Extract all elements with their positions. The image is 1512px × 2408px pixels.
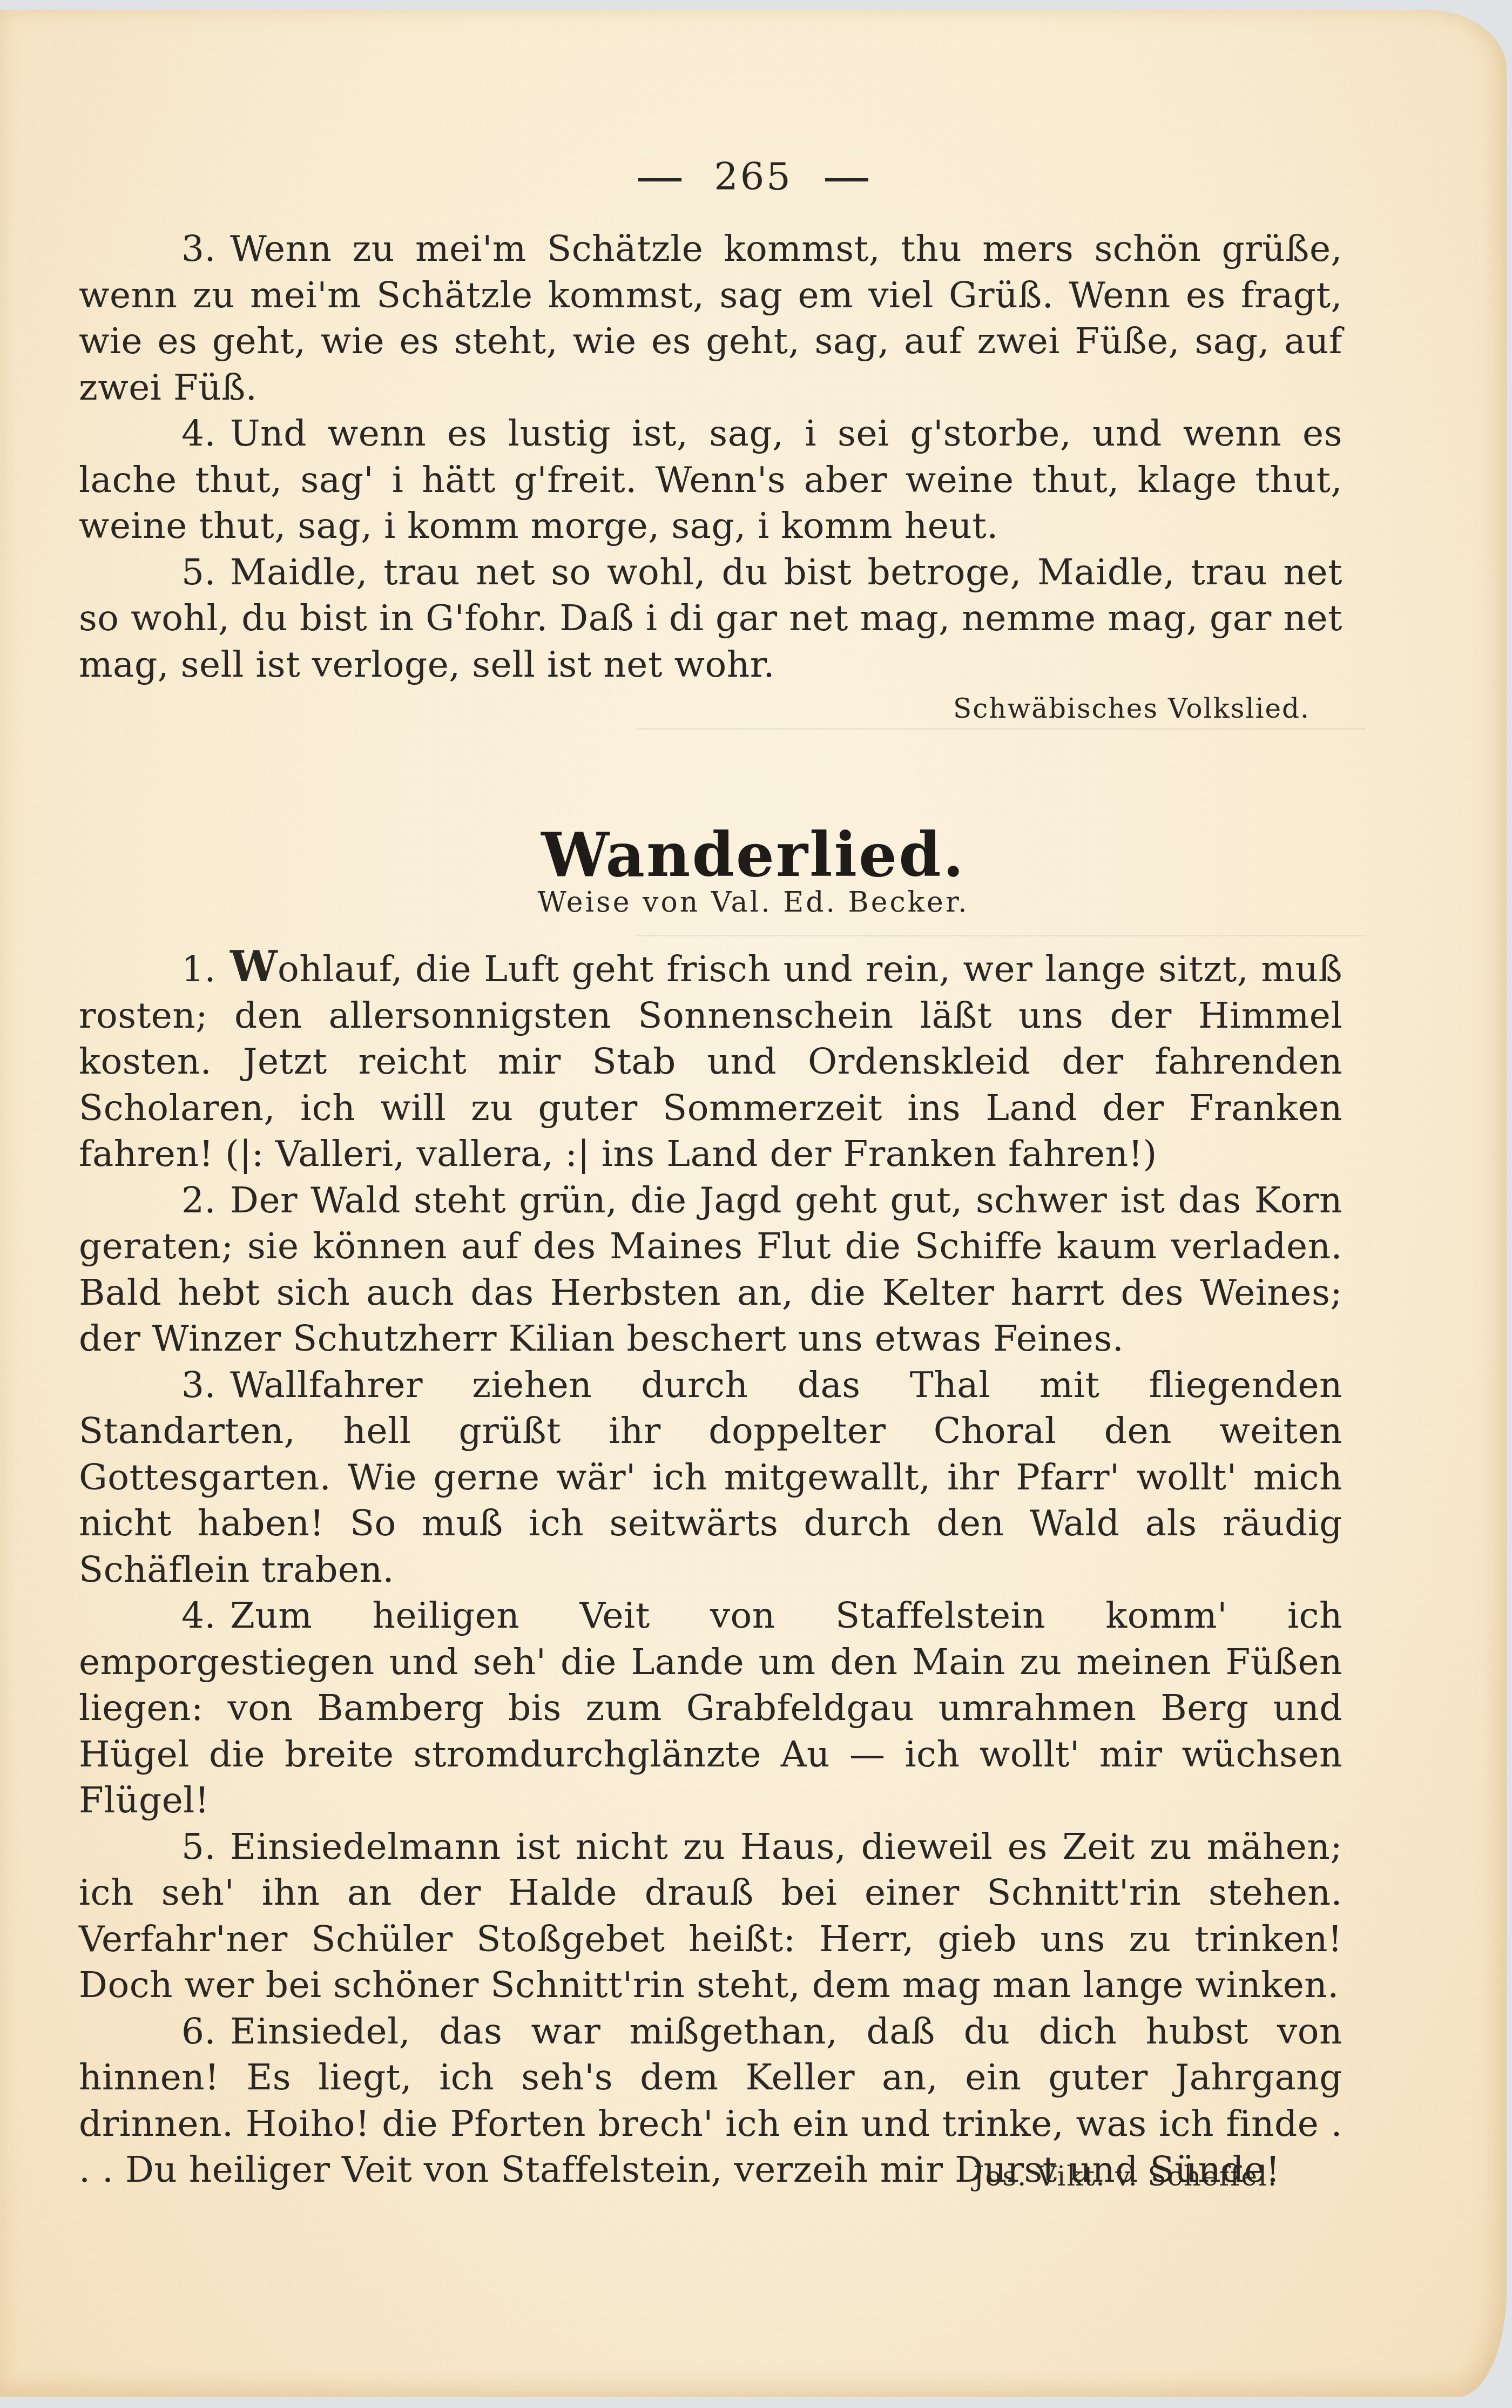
verse-4: 4.Zum heiligen Veit von Staffelstein kom… <box>79 1593 1342 1824</box>
verse-number: 3. <box>181 1362 230 1408</box>
previous-song-continuation: 3.Wenn zu mei'm Schätzle kommst, thu mer… <box>79 226 1342 724</box>
verse-5: 5.Maidle, trau net so wohl, du bist betr… <box>79 549 1342 688</box>
verse-text: Der Wald steht grün, die Jagd geht gut, … <box>79 1179 1342 1360</box>
verse-text: Maidle, trau net so wohl, du bist betrog… <box>79 551 1342 685</box>
verse-1: 1.Wohlauf, die Luft geht frisch und rein… <box>79 944 1342 1177</box>
verse-3: 3.Wallfahrer ziehen durch das Thal mit f… <box>79 1362 1342 1593</box>
dash-right <box>825 178 868 181</box>
previous-song-attribution: Schwäbisches Volkslied. <box>79 693 1342 724</box>
book-page: 265 3.Wenn zu mei'm Schätzle kommst, thu… <box>0 10 1507 2397</box>
page-number: 265 <box>0 154 1507 199</box>
initial-letter: W <box>230 942 278 991</box>
verse-4: 4.Und wenn es lustig ist, sag, i sei g's… <box>79 410 1342 549</box>
verse-number: 4. <box>181 410 230 457</box>
page-number-value: 265 <box>714 154 793 199</box>
song-body: 1.Wohlauf, die Luft geht frisch und rein… <box>79 944 1342 2192</box>
verse-text: Wenn zu mei'm Schätzle kommst, thu mers … <box>79 228 1342 408</box>
verse-number: 6. <box>181 2008 230 2055</box>
dash-left <box>638 178 681 181</box>
verse-number: 2. <box>181 1177 230 1224</box>
verse-text: Einsiedelmann ist nicht zu Haus, dieweil… <box>79 1826 1342 2006</box>
verse-number: 5. <box>181 549 230 596</box>
verse-number: 4. <box>181 1593 230 1639</box>
verse-number: 1. <box>181 946 230 993</box>
song-title: Wanderlied. <box>0 820 1507 891</box>
verse-number: 5. <box>181 1824 230 1870</box>
verse-number: 3. <box>181 226 230 272</box>
verse-5: 5.Einsiedelmann ist nicht zu Haus, diewe… <box>79 1824 1342 2008</box>
verse-text: Und wenn es lustig ist, sag, i sei g'sto… <box>79 413 1342 547</box>
verse-text: Zum heiligen Veit von Staffelstein komm'… <box>79 1595 1342 1821</box>
verse-2: 2.Der Wald steht grün, die Jagd geht gut… <box>79 1177 1342 1362</box>
song-subtitle: Weise von Val. Ed. Becker. <box>0 886 1507 919</box>
verse-3: 3.Wenn zu mei'm Schätzle kommst, thu mer… <box>79 226 1342 410</box>
verse-text: Wallfahrer ziehen durch das Thal mit fli… <box>79 1364 1342 1590</box>
